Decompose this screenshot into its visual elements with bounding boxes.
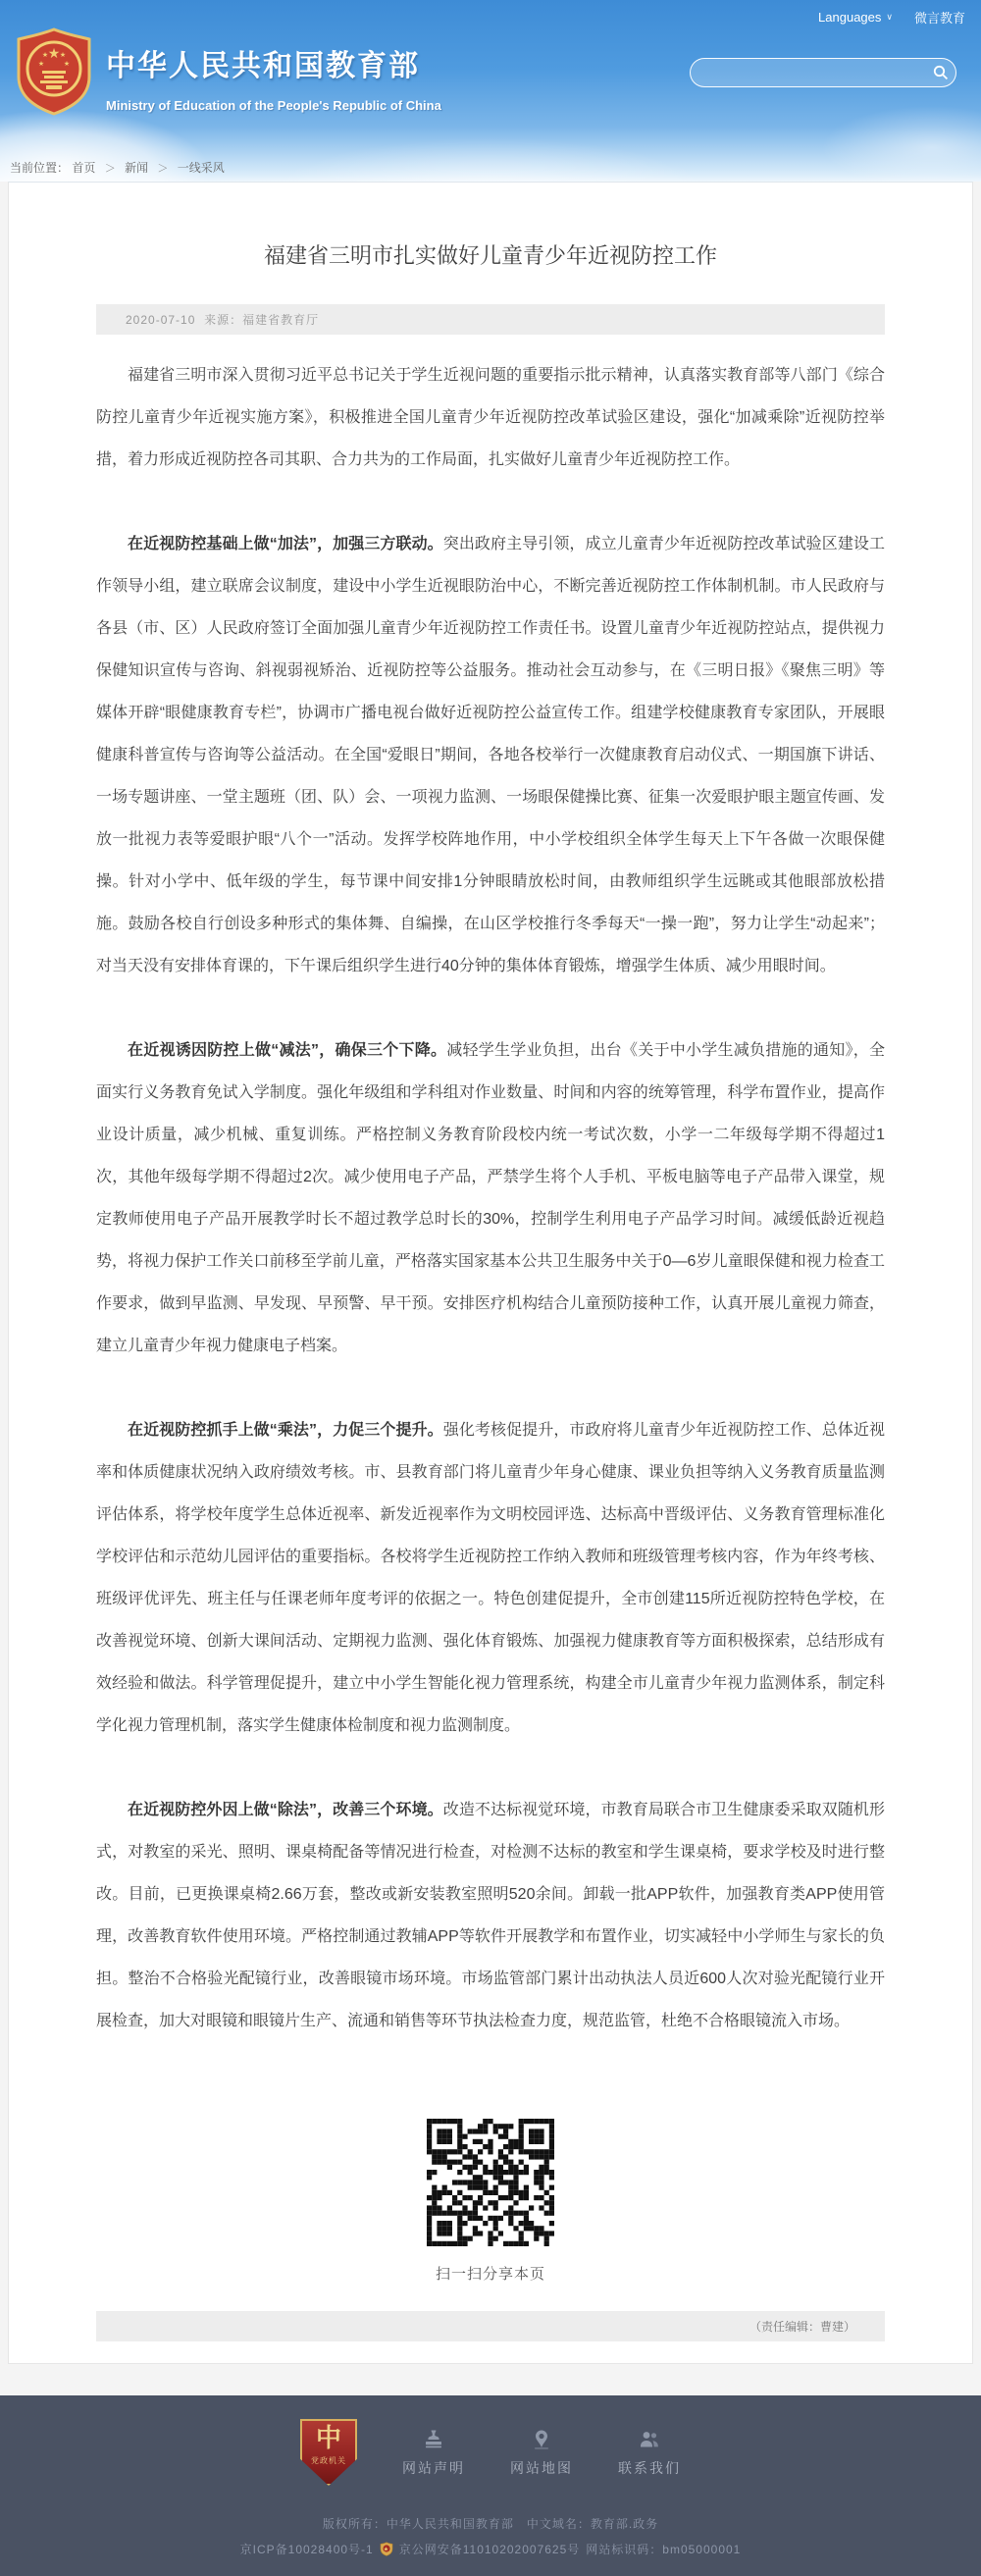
seal-icon xyxy=(423,2429,444,2450)
qr-code xyxy=(427,2119,554,2246)
paragraph-lead: 在近视防控抓手上做“乘法”，力促三个提升。 xyxy=(128,1422,443,1439)
map-pin-icon xyxy=(531,2429,552,2450)
breadcrumb-item-section[interactable]: 一线采风 xyxy=(178,161,225,175)
breadcrumb-item-news[interactable]: 新闻 xyxy=(125,161,148,175)
footer-link-label: 联系我们 xyxy=(618,2458,681,2478)
paragraph-text: 改造不达标视觉环境，市教育局联合市卫生健康委采取双随机形式，对教室的采光、照明、… xyxy=(96,1802,885,2029)
footer-copyright: 版权所有：中华人民共和国教育部 中文域名：教育部.政务 xyxy=(0,2515,981,2532)
site-title: 中华人民共和国教育部 xyxy=(106,41,441,84)
weiyan-label: 微言教育 xyxy=(914,8,965,26)
qr-caption: 扫一扫分享本页 xyxy=(9,2263,972,2284)
article-date: 2020-07-10 xyxy=(126,313,195,327)
breadcrumb-item-home[interactable]: 首页 xyxy=(72,161,95,175)
breadcrumb: 当前位置： 首页 ＞ 新闻 ＞ 一线采风 xyxy=(10,159,225,176)
footer-link-contact[interactable]: 联系我们 xyxy=(618,2429,681,2486)
article-title: 福建省三明市扎实做好儿童青少年近视防控工作 xyxy=(97,241,884,271)
svg-text:★: ★ xyxy=(42,51,48,59)
languages-menu[interactable]: Languages ∨ xyxy=(818,10,893,25)
paragraph-text: 突出政府主导引领，成立儿童青少年近视防控改革试验区建设工作领导小组，建立联席会议… xyxy=(96,536,885,974)
search-input[interactable] xyxy=(691,66,926,80)
editor-note: （责任编辑：曹建） xyxy=(749,2318,885,2335)
article-paragraph: 福建省三明市深入贯彻习近平总书记关于学生近视问题的重要指示批示精神，认真落实教育… xyxy=(96,354,885,481)
paragraph-text: 减轻学生学业负担，出台《关于中小学生减负措施的通知》，全面实行义务教育免试入学制… xyxy=(96,1042,885,1354)
svg-text:★: ★ xyxy=(48,45,61,61)
article-meta: 2020-07-10 来源：福建省教育厅 xyxy=(96,311,319,328)
paragraph-text: 强化考核促提升，市政府将儿童青少年近视防控工作、总体近视率和体质健康状况纳入政府… xyxy=(96,1422,885,1734)
qr-share-block: 扫一扫分享本页 xyxy=(9,2119,972,2284)
site-subtitle: Ministry of Education of the People's Re… xyxy=(106,98,441,113)
article-body: 福建省三明市深入贯彻习近平总书记关于学生近视问题的重要指示批示精神，认真落实教育… xyxy=(96,354,885,2042)
breadcrumb-separator: ＞ xyxy=(157,163,168,175)
languages-label: Languages xyxy=(818,10,881,25)
gov-badge[interactable]: 中 党政机关 xyxy=(300,2419,357,2486)
article-paragraph: 在近视防控抓手上做“乘法”，力促三个提升。强化考核促提升，市政府将儿童青少年近视… xyxy=(96,1409,885,1747)
article-source: 来源：福建省教育厅 xyxy=(204,313,319,327)
paragraph-lead: 在近视防控基础上做“加法”，加强三方联动。 xyxy=(128,536,443,552)
gov-badge-label: 党政机关 xyxy=(311,2455,346,2466)
footer-link-label: 网站声明 xyxy=(402,2458,465,2478)
breadcrumb-prefix: 当前位置： xyxy=(10,161,69,175)
contact-icon xyxy=(639,2429,660,2450)
svg-text:★: ★ xyxy=(384,2546,389,2552)
site-brand[interactable]: ★ ★ ★ ★ ★ 中华人民共和国教育部 Ministry of Educati… xyxy=(14,27,441,116)
svg-text:★: ★ xyxy=(64,60,70,68)
site-footer: 中 党政机关 网站声明 网站地图 联系我们 xyxy=(0,2395,981,2576)
footer-link-statement[interactable]: 网站声明 xyxy=(402,2429,465,2486)
brand-text: 中华人民共和国教育部 Ministry of Education of the … xyxy=(106,27,441,113)
footer-links-row: 中 党政机关 网站声明 网站地图 联系我们 xyxy=(0,2419,981,2486)
breadcrumb-separator: ＞ xyxy=(105,163,116,175)
paragraph-text: 福建省三明市深入贯彻习近平总书记关于学生近视问题的重要指示批示精神，认真落实教育… xyxy=(96,367,885,468)
svg-text:★: ★ xyxy=(38,60,44,68)
national-emblem-icon: ★ ★ ★ ★ ★ xyxy=(14,27,94,116)
article-card: 福建省三明市扎实做好儿童青少年近视防控工作 2020-07-10 来源：福建省教… xyxy=(8,182,973,2364)
paragraph-lead: 在近视防控外因上做“除法”，改善三个环境。 xyxy=(128,1802,443,1818)
editor-bar: （责任编辑：曹建） xyxy=(96,2311,885,2341)
article-paragraph: 在近视防控基础上做“加法”，加强三方联动。突出政府主导引领，成立儿童青少年近视防… xyxy=(96,523,885,987)
chevron-down-icon: ∨ xyxy=(886,12,893,23)
footer-record-line: 京ICP备10028400号-1 ★ 京公网安备11010202007625号 … xyxy=(0,2541,981,2557)
search-box xyxy=(690,58,956,87)
article-paragraph: 在近视诱因防控上做“减法”，确保三个下降。减轻学生学业负担，出台《关于中小学生减… xyxy=(96,1029,885,1367)
article-meta-bar: 2020-07-10 来源：福建省教育厅 xyxy=(96,304,885,335)
search-button[interactable] xyxy=(926,58,955,87)
paragraph-lead: 在近视诱因防控上做“减法”，确保三个下降。 xyxy=(128,1042,446,1059)
icp-number[interactable]: 京ICP备10028400号-1 xyxy=(240,2541,374,2557)
svg-text:★: ★ xyxy=(60,51,66,59)
footer-link-label: 网站地图 xyxy=(510,2458,573,2478)
footer-link-sitemap[interactable]: 网站地图 xyxy=(510,2429,573,2486)
search-icon xyxy=(933,65,949,80)
site-header: Languages ∨ 微言教育 ★ ★ ★ ★ ★ 中华人民共和国教育部 Mi… xyxy=(0,0,981,182)
gov-badge-glyph: 中 xyxy=(316,2421,341,2454)
article-paragraph: 在近视防控外因上做“除法”，改善三个环境。改造不达标视觉环境，市教育局联合市卫生… xyxy=(96,1789,885,2042)
police-badge-icon: ★ xyxy=(380,2542,393,2556)
topbar: Languages ∨ 微言教育 xyxy=(818,8,965,26)
police-record-number[interactable]: 京公网安备11010202007625号 xyxy=(399,2541,581,2557)
site-code: 网站标识码：bm05000001 xyxy=(586,2541,741,2557)
weiyan-link[interactable]: 微言教育 xyxy=(914,8,965,26)
